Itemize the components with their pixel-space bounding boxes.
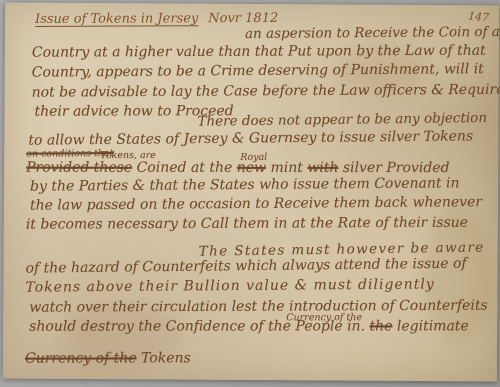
manuscript-line: watch over their circulation lest the in… xyxy=(29,298,487,316)
struck-text: Provided these xyxy=(26,160,132,176)
manuscript-paper: Issue of Tokens in JerseyNovr 1812 147 a… xyxy=(3,2,499,381)
handwritten-text: There does not appear to be any objectio… xyxy=(197,110,487,130)
handwritten-text: Country, appears to be a Crime deserving… xyxy=(32,61,484,81)
struck-text: the xyxy=(369,318,392,334)
handwritten-text: Coined at the xyxy=(132,160,237,176)
handwritten-text: not be advisable to lay the Case before … xyxy=(32,82,500,101)
handwritten-text: should destroy the Confidence of the Peo… xyxy=(29,318,369,334)
handwritten-text: silver Provided xyxy=(338,160,449,176)
manuscript-line: Country at a higher value than that Put … xyxy=(32,43,486,61)
handwritten-text: of the hazard of Counterfeits which alwa… xyxy=(25,256,466,277)
manuscript-line: Currency of the Tokens xyxy=(25,350,191,366)
manuscript-lines: an aspersion to Receive the Coin of aCou… xyxy=(5,2,499,5)
docket-title: Issue of Tokens in Jersey xyxy=(35,11,198,27)
docket-date: Novr 1812 xyxy=(208,11,278,26)
manuscript-line: by the Parties & that the States who iss… xyxy=(30,175,460,194)
handwritten-text: by the Parties & that the States who iss… xyxy=(30,175,460,194)
manuscript-line: it becomes necessary to Call them in at … xyxy=(26,215,468,233)
docket-header: Issue of Tokens in JerseyNovr 1812 xyxy=(35,11,278,27)
struck-text: Currency of the xyxy=(25,350,137,366)
handwritten-text: Country at a higher value than that Put … xyxy=(32,43,486,61)
handwritten-text: the law passed on the occasion to Receiv… xyxy=(30,194,482,214)
handwritten-text: legitimate xyxy=(392,318,468,334)
manuscript-line: Country, appears to be a Crime deserving… xyxy=(32,61,484,81)
handwritten-text: to allow the States of Jersey & Guernsey… xyxy=(28,128,473,148)
manuscript-line: to allow the States of Jersey & Guernsey… xyxy=(28,128,473,148)
struck-text: new xyxy=(237,160,266,176)
manuscript-line: Provided these Coined at the new mint wi… xyxy=(26,160,449,176)
manuscript-line: not be advisable to lay the Case before … xyxy=(32,82,500,101)
handwritten-text: an aspersion to Receive the Coin of a xyxy=(245,24,500,42)
photo-backdrop: Issue of Tokens in JerseyNovr 1812 147 a… xyxy=(0,0,500,387)
handwritten-text: it becomes necessary to Call them in at … xyxy=(26,215,468,233)
manuscript-line: an aspersion to Receive the Coin of a xyxy=(245,24,500,42)
manuscript-line: the law passed on the occasion to Receiv… xyxy=(30,194,482,214)
handwritten-text: watch over their circulation lest the in… xyxy=(29,298,487,316)
manuscript-line: of the hazard of Counterfeits which alwa… xyxy=(25,256,466,277)
handwritten-text: Tokens above their Bullion value & must … xyxy=(25,276,434,295)
page-number: 147 xyxy=(468,10,490,25)
manuscript-line: should destroy the Confidence of the Peo… xyxy=(29,318,469,334)
manuscript-line: Tokens above their Bullion value & must … xyxy=(25,276,434,295)
struck-text: with xyxy=(307,160,338,176)
handwritten-text: mint xyxy=(266,160,307,176)
manuscript-line: There does not appear to be any objectio… xyxy=(197,110,487,130)
handwritten-text: Tokens xyxy=(137,350,191,366)
